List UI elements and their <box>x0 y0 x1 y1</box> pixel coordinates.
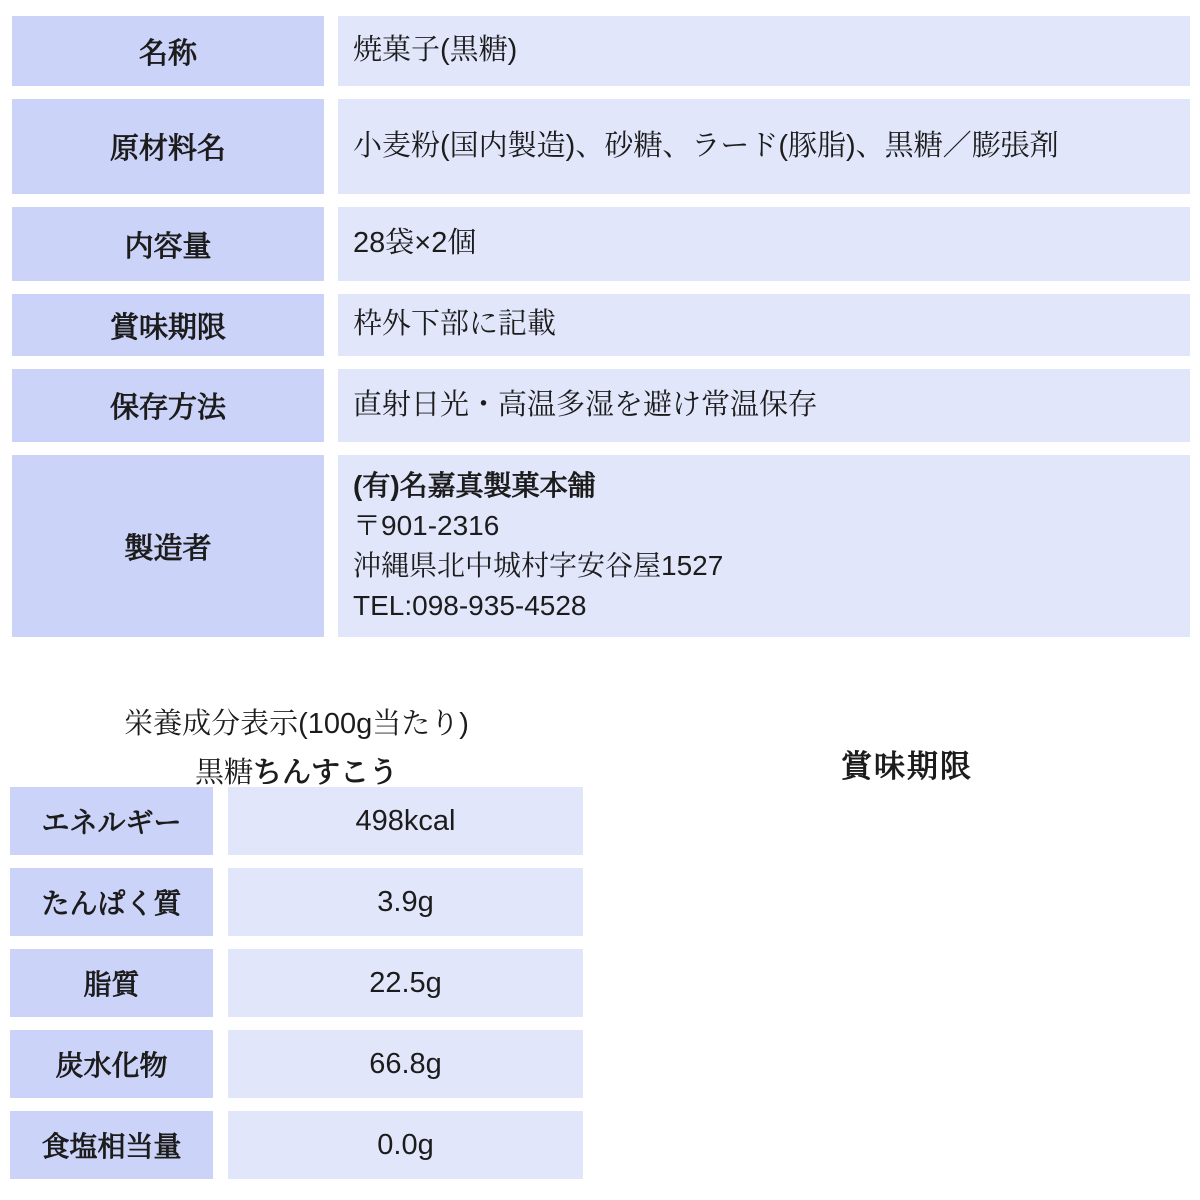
nutrition-value-fat: 22.5g <box>228 949 583 1017</box>
nutrition-product-prefix: 黒糖 <box>195 757 253 789</box>
nutrition-value-salt: 0.0g <box>228 1111 583 1179</box>
manufacturer-postal-code: 〒901-2316 <box>353 506 499 546</box>
row-value-storage: 直射日光・高温多湿を避け常温保存 <box>338 369 1190 442</box>
nutrition-label-salt: 食塩相当量 <box>10 1111 213 1179</box>
table-row-name: 名称 焼菓子(黒糖) <box>12 16 1190 86</box>
row-label-name: 名称 <box>12 16 324 86</box>
nutrition-row-salt: 食塩相当量 0.0g <box>10 1111 583 1179</box>
manufacturer-address: 沖縄県北中城村字安谷屋1527 <box>353 546 723 586</box>
row-value-ingredients: 小麦粉(国内製造)、砂糖、ラード(豚脂)、黒糖／膨張剤 <box>338 99 1190 194</box>
row-label-net-content: 内容量 <box>12 207 324 281</box>
nutrition-table: エネルギー 498kcal たんぱく質 3.9g 脂質 22.5g 炭水化物 6… <box>10 787 583 1179</box>
nutrition-product-bold: ちんすこう <box>253 757 398 789</box>
row-label-best-before: 賞味期限 <box>12 294 324 356</box>
row-value-manufacturer: (有)名嘉真製菓本舗 〒901-2316 沖縄県北中城村字安谷屋1527 TEL… <box>338 455 1190 637</box>
manufacturer-company: (有)名嘉真製菓本舗 <box>353 466 596 506</box>
expiry-date-heading: 賞味期限 <box>841 741 973 786</box>
nutrition-title: 栄養成分表示(100g当たり) <box>10 701 583 742</box>
row-label-storage: 保存方法 <box>12 369 324 442</box>
nutrition-product-name: 黒糖ちんすこう <box>10 750 583 791</box>
table-row-best-before: 賞味期限 枠外下部に記載 <box>12 294 1190 356</box>
nutrition-row-carbohydrate: 炭水化物 66.8g <box>10 1030 583 1098</box>
row-label-manufacturer: 製造者 <box>12 455 324 637</box>
table-row-manufacturer: 製造者 (有)名嘉真製菓本舗 〒901-2316 沖縄県北中城村字安谷屋1527… <box>12 455 1190 637</box>
table-row-net-content: 内容量 28袋×2個 <box>12 207 1190 281</box>
product-label-page: 名称 焼菓子(黒糖) 原材料名 小麦粉(国内製造)、砂糖、ラード(豚脂)、黒糖／… <box>0 0 1200 1200</box>
nutrition-label-protein: たんぱく質 <box>10 868 213 936</box>
nutrition-label-energy: エネルギー <box>10 787 213 855</box>
nutrition-value-energy: 498kcal <box>228 787 583 855</box>
nutrition-row-protein: たんぱく質 3.9g <box>10 868 583 936</box>
row-label-ingredients: 原材料名 <box>12 99 324 194</box>
nutrition-value-protein: 3.9g <box>228 868 583 936</box>
nutrition-header: 栄養成分表示(100g当たり) 黒糖ちんすこう <box>10 701 583 791</box>
nutrition-row-energy: エネルギー 498kcal <box>10 787 583 855</box>
table-row-storage: 保存方法 直射日光・高温多湿を避け常温保存 <box>12 369 1190 442</box>
product-info-table: 名称 焼菓子(黒糖) 原材料名 小麦粉(国内製造)、砂糖、ラード(豚脂)、黒糖／… <box>12 16 1190 637</box>
row-value-net-content: 28袋×2個 <box>338 207 1190 281</box>
row-value-best-before: 枠外下部に記載 <box>338 294 1190 356</box>
row-value-name: 焼菓子(黒糖) <box>338 16 1190 86</box>
nutrition-value-carbohydrate: 66.8g <box>228 1030 583 1098</box>
table-row-ingredients: 原材料名 小麦粉(国内製造)、砂糖、ラード(豚脂)、黒糖／膨張剤 <box>12 99 1190 194</box>
manufacturer-phone: TEL:098-935-4528 <box>353 586 587 626</box>
nutrition-label-carbohydrate: 炭水化物 <box>10 1030 213 1098</box>
nutrition-label-fat: 脂質 <box>10 949 213 1017</box>
nutrition-row-fat: 脂質 22.5g <box>10 949 583 1017</box>
